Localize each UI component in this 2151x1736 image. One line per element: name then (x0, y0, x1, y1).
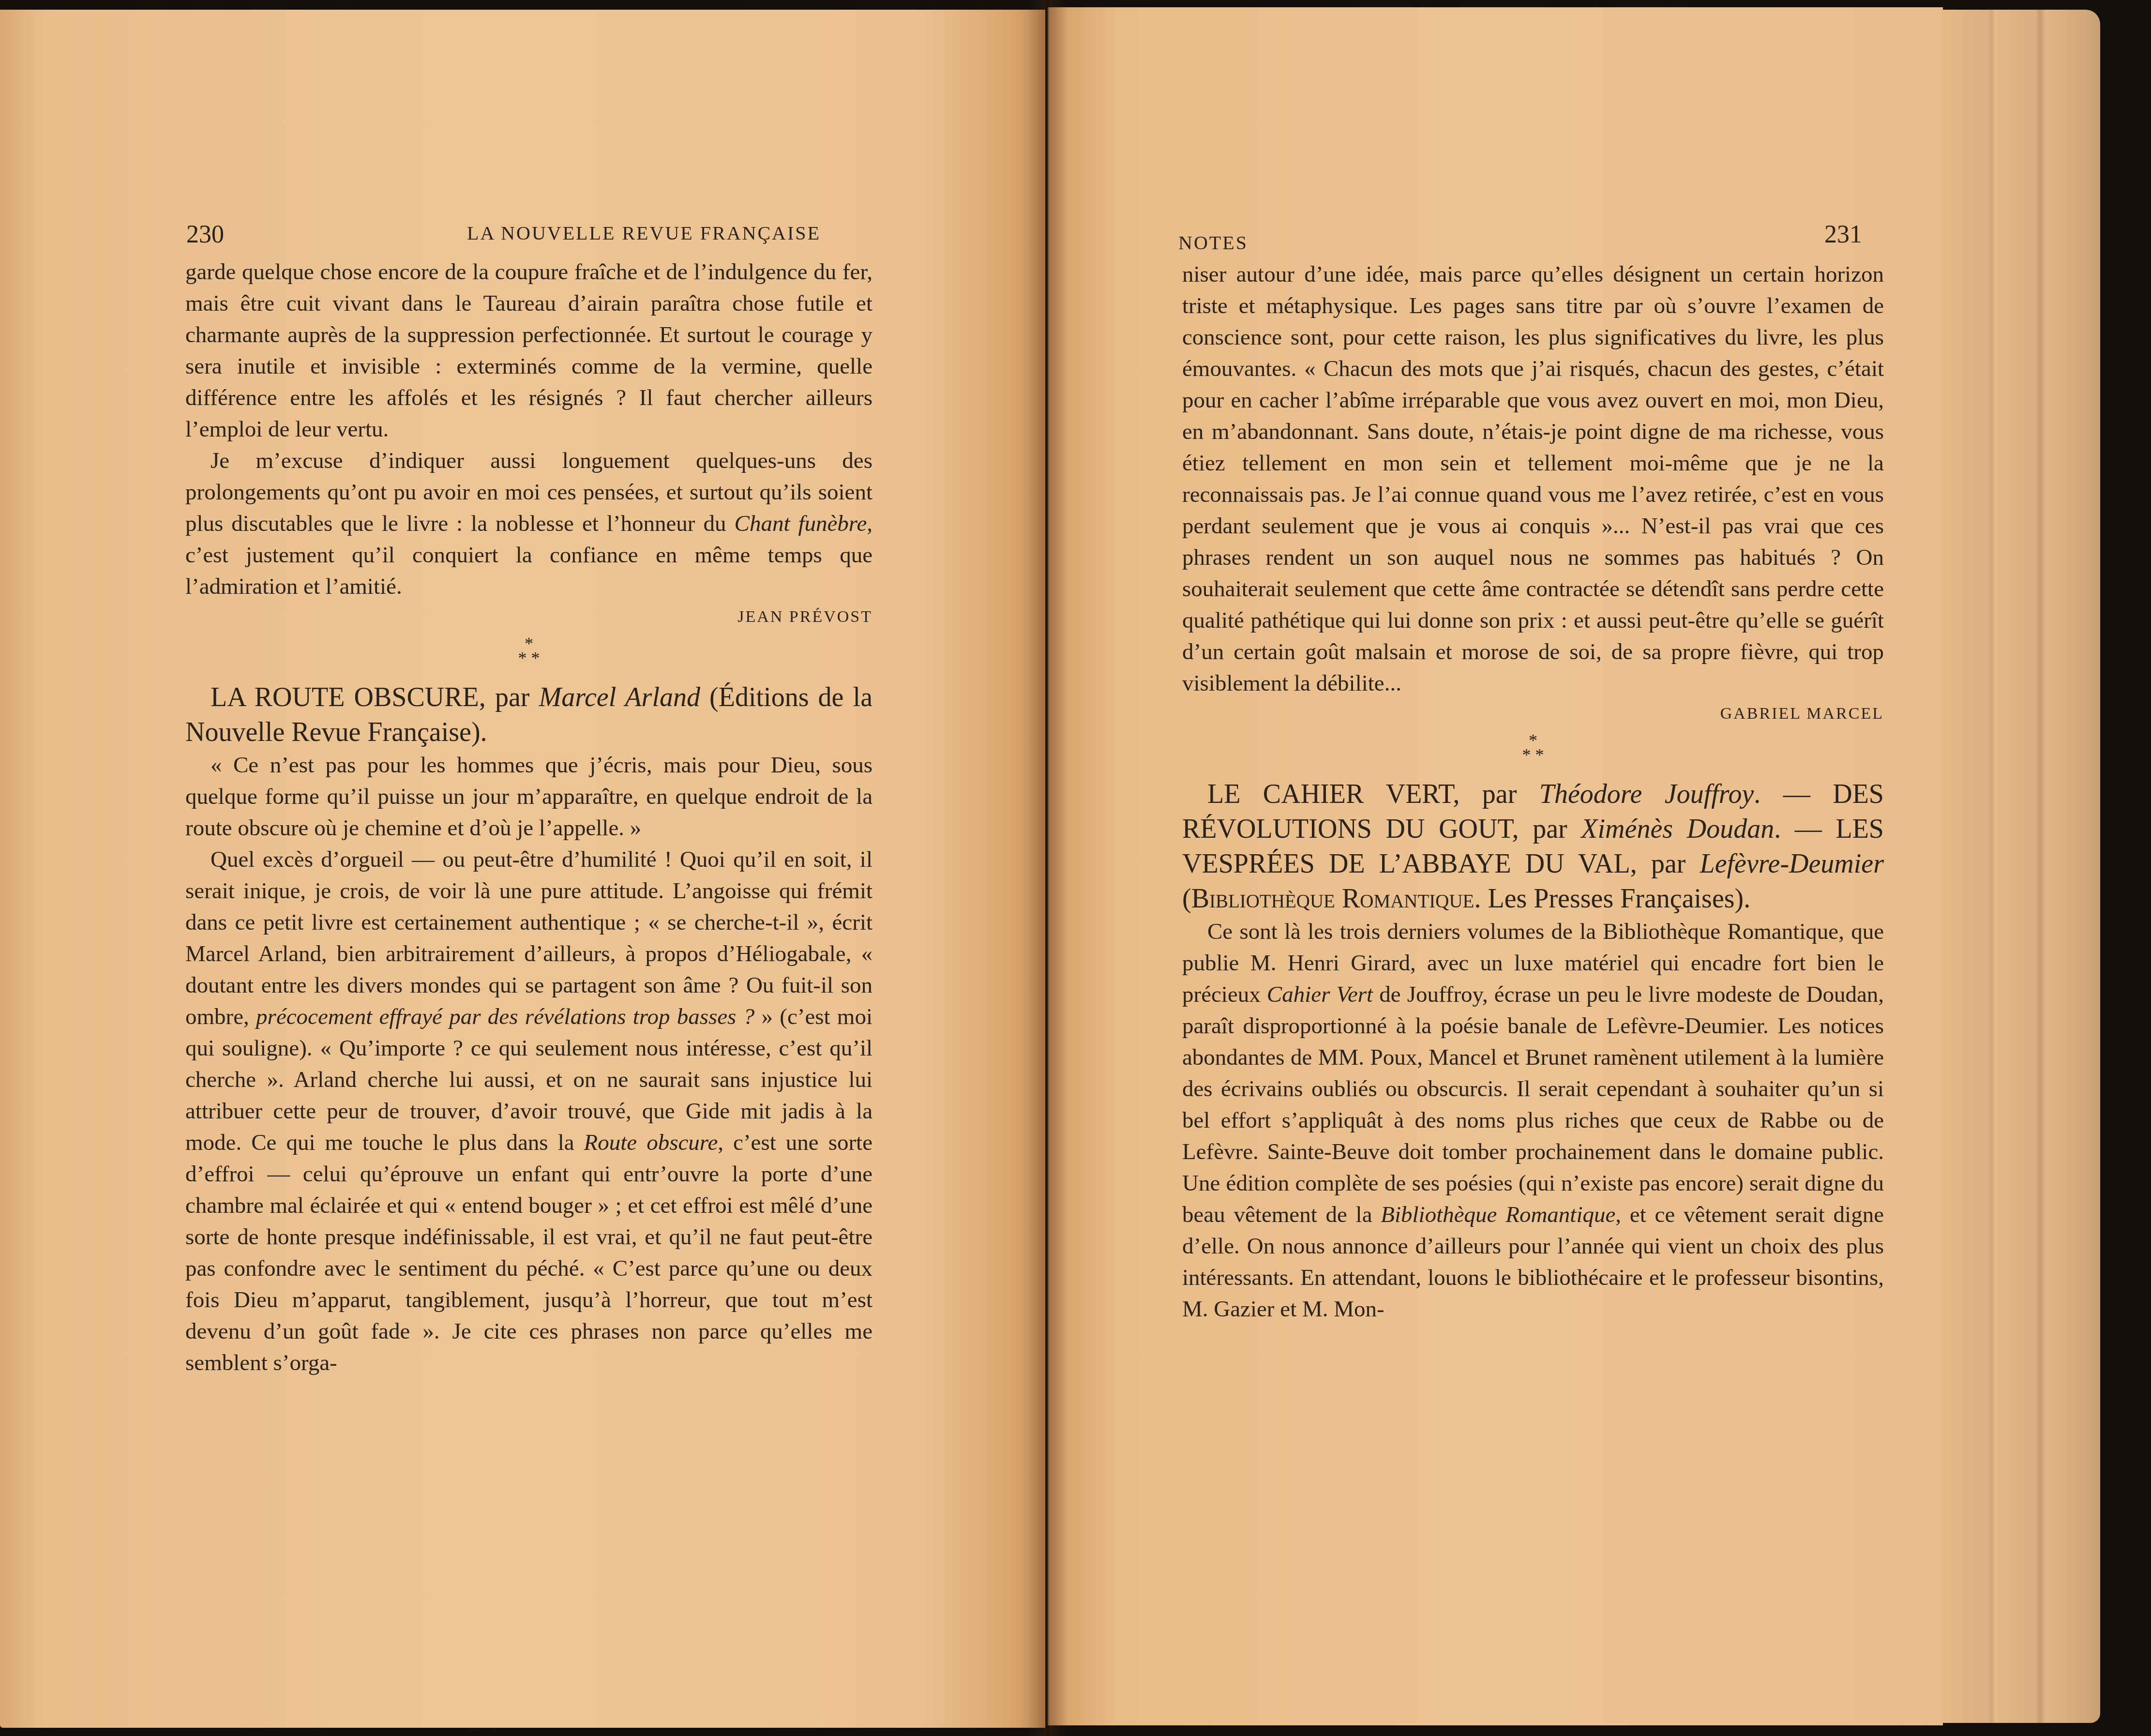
paragraph: Quel excès d’orgueil — ou peut-être d’hu… (185, 844, 872, 1379)
asterism-divider: * * * (185, 636, 872, 665)
paragraph: niser autour d’une idée, mais parce qu’e… (1182, 259, 1884, 699)
review-heading: LE CAHIER VERT, par Théodore Jouffroy. —… (1182, 777, 1884, 916)
page-number-right: 231 (1824, 220, 1862, 249)
signature-gabriel-marcel: GABRIEL MARCEL (1182, 699, 1884, 728)
signature-jean-prevost: JEAN PRÉVOST (185, 603, 872, 632)
book-title: Cahier Vert (1267, 982, 1373, 1007)
book-title: Route obscure (584, 1130, 718, 1155)
page-number-left: 230 (186, 220, 224, 249)
review-heading: LA ROUTE OBSCURE, par Marcel Arland (Édi… (185, 680, 872, 750)
running-head-right: NOTES (1178, 231, 1248, 254)
author-name: Marcel Arland (539, 682, 700, 712)
epigraph-quote: « Ce n’est pas pour les hommes que j’écr… (185, 750, 872, 844)
book-title: Chant funèbre (735, 511, 867, 536)
paragraph: garde quelque chose encore de la coupure… (185, 257, 872, 445)
left-page-body: garde quelque chose encore de la coupure… (185, 257, 872, 1379)
right-page-body: niser autour d’une idée, mais parce qu’e… (1182, 259, 1884, 1325)
asterism-divider: * * * (1182, 733, 1884, 762)
paragraph: Je m’excuse d’indiquer aussi longuement … (185, 445, 872, 603)
paragraph: Ce sont là les trois derniers volumes de… (1182, 916, 1884, 1325)
page-edges (1940, 10, 2100, 1723)
running-head-left: LA NOUVELLE REVUE FRANÇAISE (467, 222, 821, 244)
